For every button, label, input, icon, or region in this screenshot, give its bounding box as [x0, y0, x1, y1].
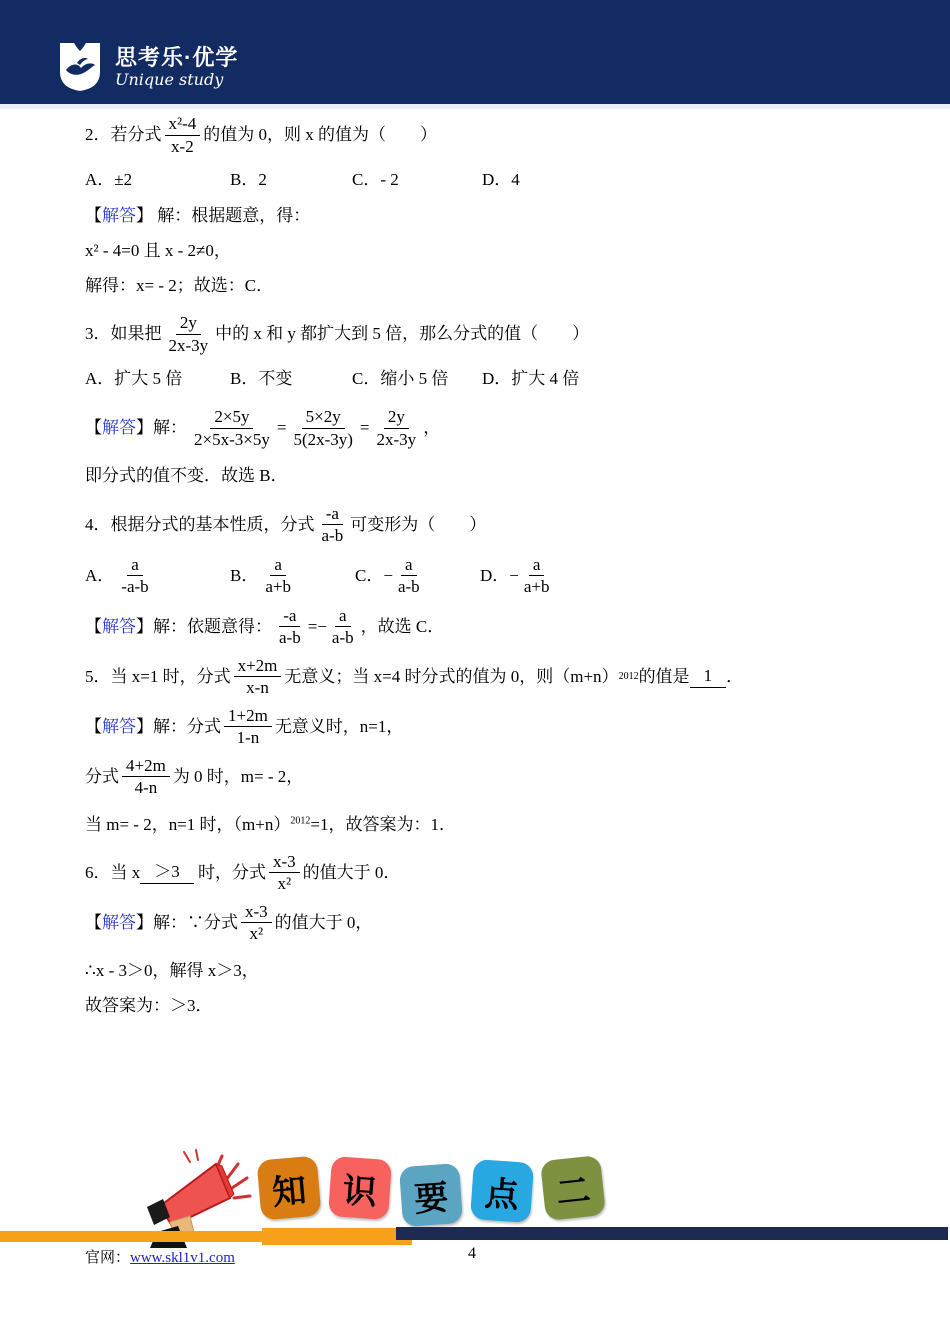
q4-fraction: -aa-b [318, 504, 348, 546]
q3-stem: 3．如果把 2y2x-3y 中的 x 和 y 都扩大到 5 倍，那么分式的值（ … [85, 310, 880, 358]
q3-solution-fraction-3: 2y2x-3y [373, 407, 421, 449]
q3-option-b: B．不变 [230, 368, 352, 390]
q4-solution-prefix: 解：依题意得： [153, 616, 272, 638]
q5-exponent: 2012 [619, 670, 639, 683]
solution-marker: 【解答】 [85, 616, 153, 638]
footer-navy-bar [396, 1227, 948, 1240]
minus-sign: − [317, 616, 327, 638]
fraction-denominator: 2×5x-3×5y [190, 429, 274, 450]
fraction-denominator: x² [246, 923, 268, 944]
q5-solution-prefix: 解：分式 [153, 716, 221, 738]
q2-fraction: x²-4x-2 [165, 114, 201, 156]
q6-solution-text-2: ∴x - 3＞0，解得 x＞3， [85, 961, 259, 980]
q2-fraction-numerator: x²-4 [165, 114, 201, 136]
q6-stem-end: 的值大于 0． [303, 862, 401, 884]
fraction-denominator: -a-b [117, 576, 152, 597]
solution-label: 解答 [102, 617, 136, 636]
q3-stem-prefix: 3．如果把 [85, 323, 162, 345]
q2-stem-prefix: 2．若分式 [85, 124, 162, 146]
fraction-denominator: 4-n [131, 777, 162, 798]
fraction-denominator: a-b [275, 627, 305, 648]
footer-site-label: 官网： [85, 1250, 130, 1266]
q5-solution-fraction-2: 4+2m4-n [122, 756, 170, 798]
worksheet-page: 思考乐·优学 Unique study 2．若分式 x²-4x-2 的值为 0，… [0, 0, 950, 1344]
q5-solution-prefix-2: 分式 [85, 766, 119, 788]
bracket-close: 】 [136, 913, 153, 932]
fraction-numerator: a [529, 555, 545, 577]
option-label: B． [230, 565, 258, 587]
brand-name-cn: 思考乐·优学 [115, 45, 238, 70]
fraction-numerator: 2×5y [210, 407, 253, 429]
banner-tile-3: 要 [399, 1163, 463, 1227]
banner-tiles: 知 识 要 点 二 [259, 1158, 614, 1225]
banner-tile-5: 二 [540, 1155, 606, 1221]
footer-site-link[interactable]: www.skl1v1.com [130, 1250, 235, 1266]
fraction-denominator: 5(2x-3y) [289, 429, 356, 450]
q2-options: A．±2 B．2 C．- 2 D．4 [85, 169, 880, 191]
q3-option-a: A．扩大 5 倍 [85, 368, 230, 390]
option-label: A． [85, 565, 114, 587]
brand-logo-icon [57, 42, 103, 92]
brand-text: 思考乐·优学 Unique study [115, 45, 238, 89]
fraction-numerator: x-3 [241, 902, 272, 924]
bracket-open: 【 [85, 913, 102, 932]
q3-solution-line-1: 【解答】 解： 2×5y2×5x-3×5y = 5×2y5(2x-3y) = 2… [85, 404, 880, 452]
q5-solution-line-1: 【解答】 解：分式 1+2m1-n 无意义时，n=1， [85, 703, 880, 751]
q5-solution-exponent: 2012 [290, 815, 310, 826]
q3-stem-suffix: 中的 x 和 y 都扩大到 5 倍，那么分式的值（ ） [215, 323, 589, 345]
option-label: C． [355, 565, 383, 587]
fraction-numerator: a [401, 555, 417, 577]
minus-sign: − [509, 565, 519, 587]
option-fraction: aa-b [394, 555, 424, 597]
fraction-denominator: a+b [520, 576, 554, 597]
q3-solution-tail: ， [423, 417, 440, 439]
bracket-close: 】 [136, 617, 153, 636]
equals-sign: = [360, 417, 370, 439]
brand-name-en: Unique study [115, 70, 238, 89]
fraction-numerator: 1+2m [224, 706, 272, 728]
fraction-numerator: 5×2y [302, 407, 345, 429]
q5-solution-line-3: 当 m= - 2，n=1 时，（m+n）2012=1，故答案为：1． [85, 814, 880, 836]
q4-solution-fraction-1: -aa-b [275, 606, 305, 648]
q6-solution-line-1: 【解答】 解：∵分式 x-3x² 的值大于 0， [85, 899, 880, 947]
q2-stem: 2．若分式 x²-4x-2 的值为 0，则 x 的值为（ ） [85, 111, 880, 159]
q6-solution-prefix: 解：∵分式 [153, 912, 238, 934]
q5-stem-mid: 无意义；当 x=4 时分式的值为 0，则（m+n） [284, 666, 618, 688]
fraction-denominator: a-b [394, 576, 424, 597]
fraction-denominator: 2x-3y [373, 429, 421, 450]
q4-stem: 4．根据分式的基本性质，分式 -aa-b 可变形为（ ） [85, 501, 880, 549]
q2-solution-text-3: 解得：x= - 2；故选：C． [85, 276, 273, 295]
q4-option-b: B．aa+b [230, 555, 355, 597]
q3-solution-text-2: 即分式的值不变．故选 B． [85, 466, 288, 485]
q5-stem-end: ． [726, 666, 743, 688]
option-label: D． [480, 565, 509, 587]
q5-solution-line-2: 分式 4+2m4-n 为 0 时，m= - 2， [85, 753, 880, 801]
q5-fraction-denominator: x-n [242, 677, 273, 698]
q3-solution-fraction-2: 5×2y5(2x-3y) [289, 407, 356, 449]
page-number: 4 [468, 1245, 476, 1263]
q4-solution-tail: ，故选 C． [361, 616, 445, 638]
option-fraction: aa+b [261, 555, 295, 597]
q4-options: A．a-a-b B．aa+b C．−aa-b D．−aa+b [85, 551, 880, 601]
solution-marker: 【解答】 [85, 417, 153, 439]
q6-solution-fraction: x-3x² [241, 902, 272, 944]
equals-sign: = [277, 417, 287, 439]
q5-solution-suffix-1: 无意义时，n=1， [275, 716, 404, 738]
equals-sign: = [308, 616, 318, 638]
q5-stem-prefix: 5．当 x=1 时，分式 [85, 666, 231, 688]
bracket-close: 】 [136, 206, 153, 225]
q5-solution-fraction-1: 1+2m1-n [224, 706, 272, 748]
fraction-numerator: a [270, 555, 286, 577]
q4-fraction-numerator: -a [322, 504, 343, 526]
q2-solution-line-2: x² - 4=0 且 x - 2≠0， [85, 240, 880, 262]
q2-solution-text-1: 解：根据题意，得： [157, 206, 310, 225]
q5-fraction-numerator: x+2m [234, 656, 282, 678]
q5-answer-blank: 1 [690, 665, 727, 688]
q5-fraction: x+2mx-n [234, 656, 282, 698]
q4-solution-line-1: 【解答】 解：依题意得： -aa-b = − aa-b ，故选 C． [85, 603, 880, 651]
q6-fraction-denominator: x² [274, 873, 296, 894]
q6-stem-mid: 时，分式 [194, 862, 266, 884]
q2-stem-suffix: 的值为 0，则 x 的值为（ ） [203, 124, 437, 146]
q2-option-d: D．4 [482, 169, 880, 191]
q6-solution-line-2: ∴x - 3＞0，解得 x＞3， [85, 960, 880, 982]
q2-option-c: C．- 2 [352, 169, 482, 191]
banner-tile-2: 识 [328, 1156, 392, 1220]
q3-solution-fraction-1: 2×5y2×5x-3×5y [190, 407, 274, 449]
footer-orange-bar-step [262, 1228, 412, 1245]
fraction-denominator: 1-n [233, 727, 264, 748]
q6-solution-suffix: 的值大于 0， [275, 912, 373, 934]
q3-fraction-denominator: 2x-3y [165, 335, 213, 356]
footer-orange-bar-left [0, 1231, 270, 1242]
q3-fraction: 2y2x-3y [165, 313, 213, 355]
solution-marker: 【解答】 [85, 716, 153, 738]
banner-tile-4: 点 [470, 1159, 534, 1223]
fraction-denominator: a-b [328, 627, 358, 648]
q6-fraction-numerator: x-3 [269, 852, 300, 874]
q3-options: A．扩大 5 倍 B．不变 C．缩小 5 倍 D．扩大 4 倍 [85, 368, 880, 390]
q2-option-a: A．±2 [85, 169, 230, 191]
q3-solution-prefix: 解： [153, 417, 187, 439]
q5-stem-mid2: 的值是 [639, 666, 690, 688]
fraction-denominator: a+b [261, 576, 295, 597]
q6-stem-prefix: 6．当 x [85, 862, 140, 884]
q4-stem-prefix: 4．根据分式的基本性质，分式 [85, 514, 315, 536]
q4-stem-suffix: 可变形为（ ） [350, 514, 486, 536]
fraction-numerator: 2y [384, 407, 409, 429]
solution-label: 解答 [102, 206, 136, 225]
bracket-close: 】 [136, 717, 153, 736]
solution-label: 解答 [102, 418, 136, 437]
solution-marker: 【解答】 [85, 912, 153, 934]
brand-logo: 思考乐·优学 Unique study [57, 42, 238, 92]
bracket-open: 【 [85, 617, 102, 636]
banner-tile-1: 知 [256, 1155, 321, 1220]
q2-solution-line-1: 【解答】 解：根据题意，得： [85, 205, 880, 227]
q4-solution-fraction-2: aa-b [328, 606, 358, 648]
q4-fraction-denominator: a-b [318, 525, 348, 546]
option-fraction: a-a-b [117, 555, 152, 597]
fraction-numerator: 4+2m [122, 756, 170, 778]
q3-solution-line-2: 即分式的值不变．故选 B． [85, 465, 880, 487]
q6-answer-blank: ＞3 [140, 861, 194, 884]
q4-option-a: A．a-a-b [85, 555, 230, 597]
solution-label: 解答 [102, 717, 136, 736]
minus-sign: − [383, 565, 393, 587]
q6-solution-line-3: 故答案为：＞3． [85, 995, 880, 1017]
q3-option-d: D．扩大 4 倍 [482, 368, 880, 390]
fraction-numerator: -a [279, 606, 300, 628]
solution-label: 解答 [102, 913, 136, 932]
q3-fraction-numerator: 2y [176, 313, 201, 335]
worksheet-content: 2．若分式 x²-4x-2 的值为 0，则 x 的值为（ ） A．±2 B．2 … [85, 109, 880, 1030]
q4-option-d: D．−aa+b [480, 555, 557, 597]
q6-solution-text-3: 故答案为：＞3． [85, 996, 213, 1015]
q2-solution-line-3: 解得：x= - 2；故选：C． [85, 275, 880, 297]
bracket-open: 【 [85, 717, 102, 736]
footer-site-line: 官网：www.skl1v1.com [85, 1246, 235, 1267]
q5-stem: 5．当 x=1 时，分式 x+2mx-n 无意义；当 x=4 时分式的值为 0，… [85, 653, 880, 701]
q6-fraction: x-3x² [269, 852, 300, 894]
q5-solution-suffix-3: =1，故答案为：1． [310, 815, 456, 834]
fraction-numerator: a [127, 555, 143, 577]
solution-marker: 【解答】 [85, 206, 153, 225]
option-fraction: aa+b [520, 555, 554, 597]
q3-option-c: C．缩小 5 倍 [352, 368, 482, 390]
q2-solution-text-2: x² - 4=0 且 x - 2≠0， [85, 241, 231, 260]
fraction-numerator: a [335, 606, 351, 628]
q4-option-c: C．−aa-b [355, 555, 480, 597]
bracket-close: 】 [136, 418, 153, 437]
q6-stem: 6．当 x ＞3 时，分式 x-3x² 的值大于 0． [85, 849, 880, 897]
q5-solution-prefix-3: 当 m= - 2，n=1 时，（m+n） [85, 815, 290, 834]
bracket-open: 【 [85, 206, 102, 225]
bracket-open: 【 [85, 418, 102, 437]
q2-option-b: B．2 [230, 169, 352, 191]
header-bar: 思考乐·优学 Unique study [0, 0, 950, 104]
q2-fraction-denominator: x-2 [167, 136, 198, 157]
q5-solution-suffix-2: 为 0 时，m= - 2， [173, 766, 303, 788]
